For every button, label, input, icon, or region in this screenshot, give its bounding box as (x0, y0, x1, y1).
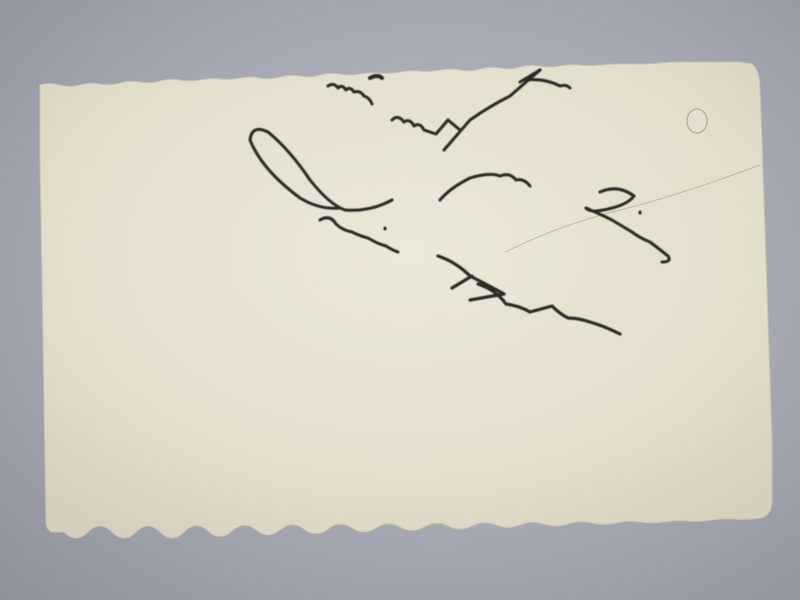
photo-scene: Zur unendlicher Liebe – Dein Walter Walt… (0, 0, 800, 600)
photo-card (40, 62, 772, 538)
handwriting-dot (370, 76, 382, 78)
card-illustration (0, 0, 800, 600)
punched-hole (687, 109, 707, 133)
